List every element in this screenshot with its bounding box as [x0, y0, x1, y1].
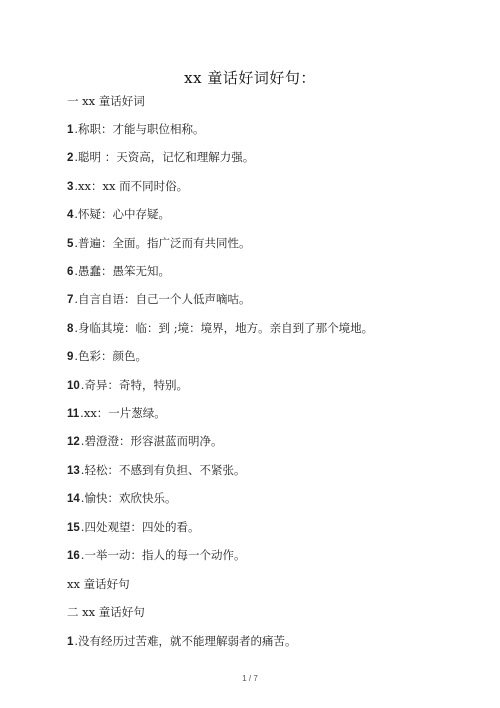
item-number: 1 — [67, 124, 73, 136]
list-item: 1.没有经历过苦难，就不能理解弱者的痛苦。 — [67, 634, 297, 649]
item-number: 8 — [67, 323, 73, 335]
list-item: 6.愚蠢：愚笨无知。 — [67, 264, 170, 279]
list-item: 10.奇异：奇特，特别。 — [67, 378, 188, 393]
item-text: .称职：才能与职位相称。 — [74, 122, 204, 136]
list-item: 9.色彩：颜色。 — [67, 349, 147, 364]
item-text: .普遍：全面。指广泛而有共同性。 — [74, 236, 250, 250]
item-number: 9 — [67, 351, 73, 363]
item-number: 7 — [67, 294, 73, 306]
item-number: 3 — [67, 181, 73, 193]
item-text: .xx：一片葱绿。 — [80, 406, 166, 420]
item-text: .愉快：欢欣快乐。 — [81, 491, 177, 505]
item-number: 4 — [67, 209, 73, 221]
item-number: 12 — [67, 436, 80, 448]
item-text: .奇异：奇特，特别。 — [81, 378, 188, 392]
item-text: .色彩：颜色。 — [74, 349, 147, 363]
list-item: 15.四处观望：四处的看。 — [67, 520, 199, 535]
subheading: xx 童话好句 — [67, 577, 130, 591]
item-text: .没有经历过苦难，就不能理解弱者的痛苦。 — [74, 634, 296, 648]
list-item: 14.愉快：欢欣快乐。 — [67, 491, 176, 506]
item-text: .碧澄澄：形容湛蓝而明净。 — [81, 434, 223, 448]
item-number: 6 — [67, 266, 73, 278]
section-heading-words: 一 xx 童话好词 — [67, 94, 145, 108]
document-title: xx 童话好词好句： — [0, 67, 500, 88]
list-item: 12.碧澄澄：形容湛蓝而明净。 — [67, 434, 222, 449]
item-text: .一举一动：指人的每一个动作。 — [81, 548, 246, 562]
document-page: xx 童话好词好句： 一 xx 童话好词 1.称职：才能与职位相称。 2.聪明 … — [0, 0, 500, 708]
item-text: .四处观望：四处的看。 — [81, 520, 200, 534]
item-number: 13 — [67, 465, 80, 477]
section-heading-sentences: 二 xx 童话好句 — [67, 605, 145, 619]
item-number: 1 — [67, 636, 73, 648]
page-indicator: 1 / 7 — [0, 674, 500, 683]
list-item: 7.自言自语：自己一个人低声嘀咕。 — [67, 292, 251, 307]
list-item: 3.xx：xx 而不同时俗。 — [67, 179, 188, 194]
item-text: .身临其境：临：到 ;境：境界，地方。亲自到了那个境地。 — [74, 321, 373, 335]
item-text: .聪明 ：天资高，记忆和理解力强。 — [74, 150, 254, 164]
item-text: .怀疑：心中存疑。 — [74, 207, 170, 221]
item-number: 2 — [67, 152, 73, 164]
item-number: 5 — [67, 238, 73, 250]
list-item: 4.怀疑：心中存疑。 — [67, 207, 170, 222]
list-item: 11.xx：一片葱绿。 — [67, 406, 166, 421]
list-item: 2.聪明 ：天资高，记忆和理解力强。 — [67, 150, 254, 165]
list-item: 13.轻松：不感到有负担、不紧张。 — [67, 463, 245, 478]
item-number: 10 — [67, 380, 80, 392]
list-item: 16.一举一动：指人的每一个动作。 — [67, 548, 245, 563]
list-item: 8.身临其境：临：到 ;境：境界，地方。亲自到了那个境地。 — [67, 321, 373, 336]
list-item: 5.普遍：全面。指广泛而有共同性。 — [67, 236, 251, 251]
item-text: .轻松：不感到有负担、不紧张。 — [81, 463, 246, 477]
item-number: 15 — [67, 522, 80, 534]
list-item: 1.称职：才能与职位相称。 — [67, 122, 205, 137]
item-number: 11 — [67, 408, 79, 420]
item-text: .xx：xx 而不同时俗。 — [74, 179, 188, 193]
item-text: .自言自语：自己一个人低声嘀咕。 — [74, 292, 250, 306]
item-number: 16 — [67, 550, 80, 562]
item-number: 14 — [67, 493, 80, 505]
item-text: .愚蠢：愚笨无知。 — [74, 264, 170, 278]
